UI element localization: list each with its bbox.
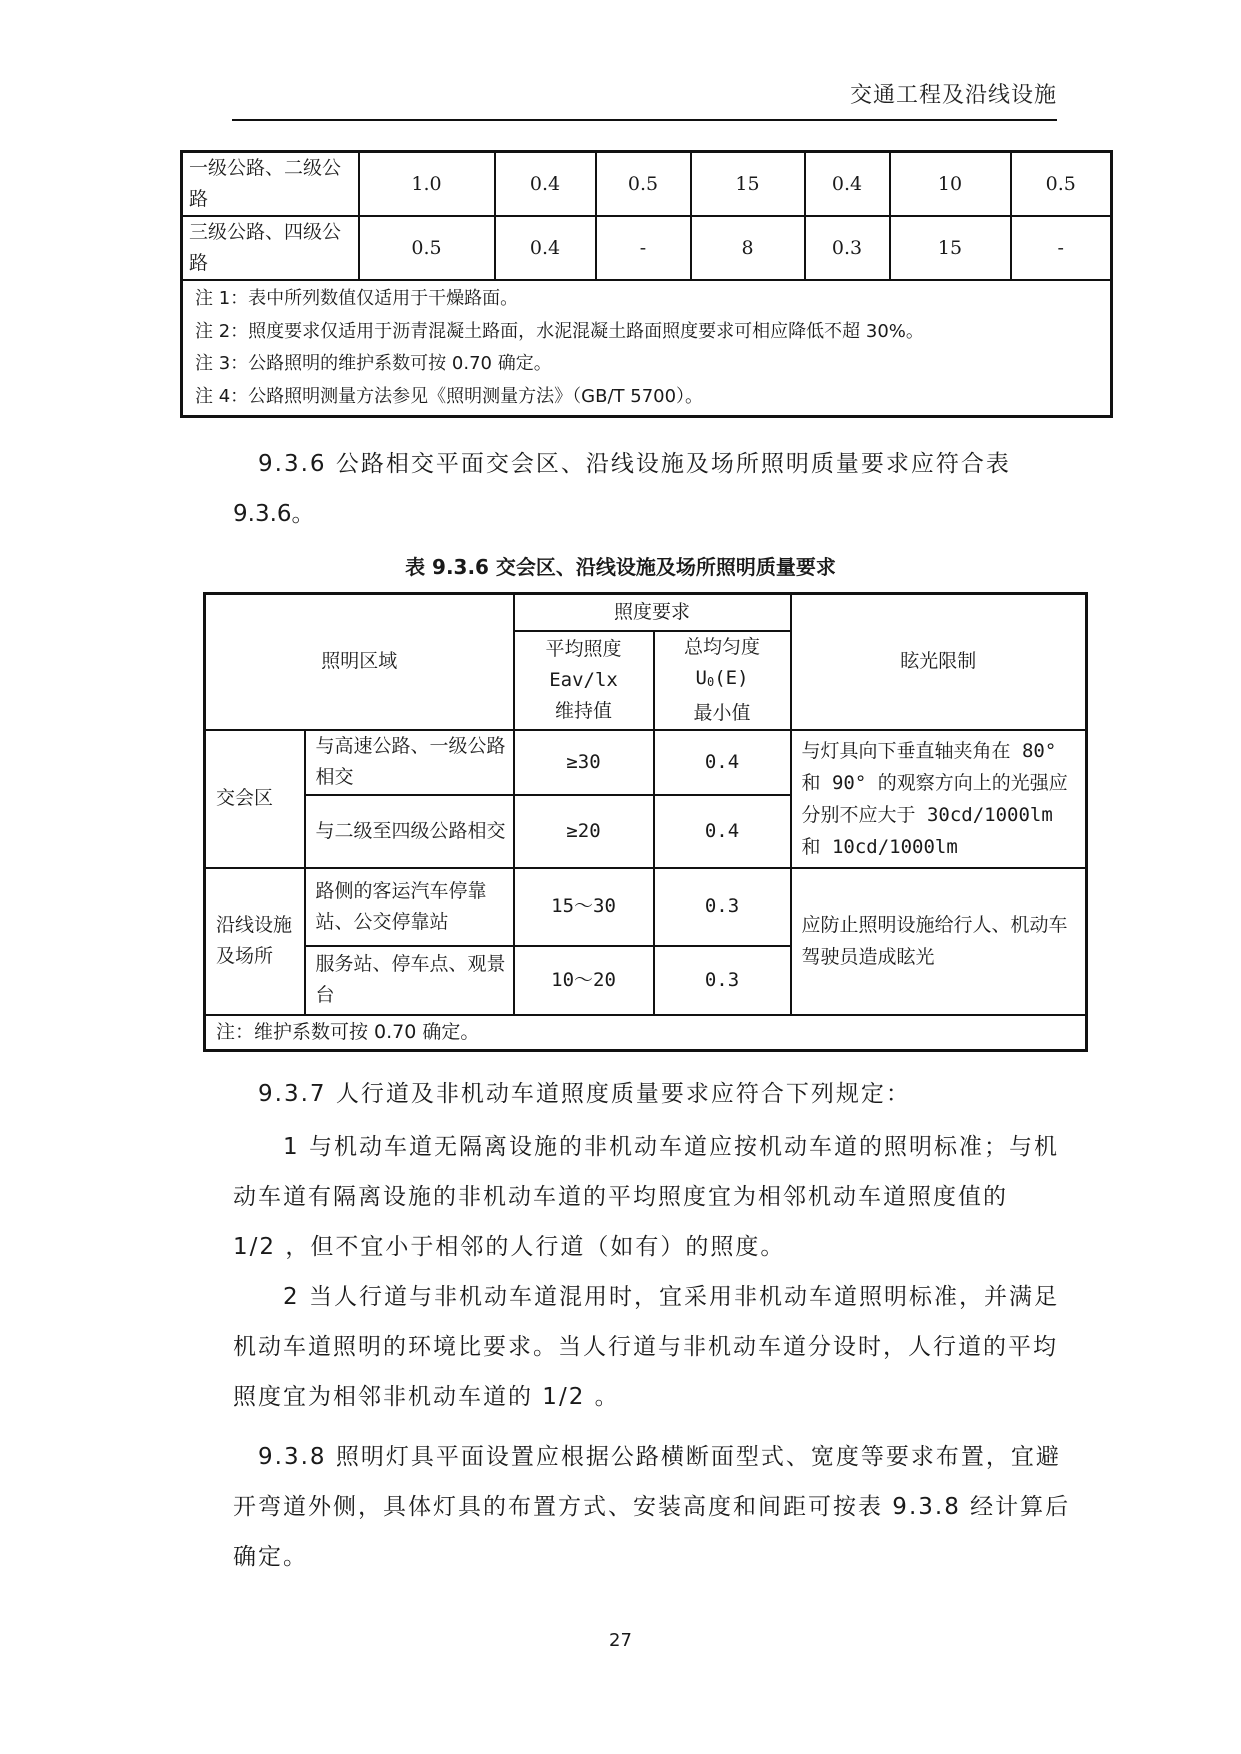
avg-illuminance: 10～20 <box>514 946 654 1015</box>
clause-9-3-7-item2-line2: 机动车道照明的环境比要求。当人行道与非机动车道分设时，人行道的平均 <box>233 1328 1058 1361</box>
page-number: 27 <box>0 1630 1241 1651</box>
table-cell: 0.4 <box>805 152 890 217</box>
uniformity: 0.4 <box>654 730 791 795</box>
header-text: 平均照度 <box>521 634 647 665</box>
clause-9-3-8-line2: 开弯道外侧，具体灯具的布置方式、安装高度和间距可按表 9.3.8 经计算后 <box>233 1488 1070 1521</box>
table-cell: 0.5 <box>1011 152 1112 217</box>
table-cell: - <box>1011 216 1112 280</box>
table-row: 一级公路、二级公路 1.0 0.4 0.5 15 0.4 10 0.5 <box>182 152 1112 217</box>
header-average-illuminance: 平均照度 Eav/lx 维持值 <box>514 631 654 730</box>
lighting-standard-table-continued: 一级公路、二级公路 1.0 0.4 0.5 15 0.4 10 0.5 三级公路… <box>180 150 1113 418</box>
header-text: U <box>696 667 707 689</box>
table-header-row: 照明区域 照度要求 眩光限制 <box>205 594 1087 631</box>
header-text: 最小值 <box>661 698 784 729</box>
junction-lighting-quality-table: 照明区域 照度要求 眩光限制 平均照度 Eav/lx 维持值 总均匀度 U0(E… <box>203 592 1088 1052</box>
table-cell: 0.3 <box>805 216 890 280</box>
avg-illuminance: ≥30 <box>514 730 654 795</box>
table-cell: 1.0 <box>359 152 495 217</box>
uniformity: 0.3 <box>654 946 791 1015</box>
table-row: 三级公路、四级公路 0.5 0.4 - 8 0.3 15 - <box>182 216 1112 280</box>
clause-9-3-7-item1-line1: 1 与机动车道无隔离设施的非机动车道应按机动车道的照明标准；与机 <box>283 1128 1059 1161</box>
table-cell: 0.5 <box>596 152 691 217</box>
header-lighting-area: 照明区域 <box>205 594 514 730</box>
avg-illuminance: ≥20 <box>514 795 654 868</box>
row-label: 一级公路、二级公路 <box>182 152 359 217</box>
group-label: 交会区 <box>205 730 305 868</box>
table-cell: - <box>596 216 691 280</box>
clause-9-3-7-item2-line1: 2 当人行道与非机动车道混用时，宜采用非机动车道照明标准，并满足 <box>283 1278 1059 1311</box>
clause-9-3-6-line1: 9.3.6 公路相交平面交会区、沿线设施及场所照明质量要求应符合表 <box>258 445 1011 478</box>
clause-9-3-8-line1: 9.3.8 照明灯具平面设置应根据公路横断面型式、宽度等要求布置，宜避 <box>258 1438 1061 1471</box>
table-cell: 10 <box>890 152 1011 217</box>
header-illuminance-requirement: 照度要求 <box>514 594 791 631</box>
table-cell: 0.4 <box>495 216 596 280</box>
clause-9-3-7-heading: 9.3.7 人行道及非机动车道照度质量要求应符合下列规定： <box>258 1075 911 1108</box>
table-note-row: 注：维护系数可按 0.70 确定。 <box>205 1015 1087 1051</box>
table-note: 注 1：表中所列数值仅适用于干燥路面。 <box>195 283 1100 316</box>
table-cell: 0.4 <box>495 152 596 217</box>
group-label: 沿线设施及场所 <box>205 868 305 1015</box>
sub-area: 路侧的客运汽车停靠站、公交停靠站 <box>305 868 514 946</box>
running-header-title: 交通工程及沿线设施 <box>850 78 1057 109</box>
table-row: 交会区 与高速公路、一级公路相交 ≥30 0.4 与灯具向下垂直轴夹角在 80°… <box>205 730 1087 795</box>
header-glare-limit: 眩光限制 <box>791 594 1087 730</box>
table-notes: 注 1：表中所列数值仅适用于干燥路面。 注 2：照度要求仅适用于沥青混凝土路面，… <box>182 280 1112 417</box>
uniformity: 0.4 <box>654 795 791 868</box>
table-cell: 0.5 <box>359 216 495 280</box>
clause-9-3-8-line3: 确定。 <box>233 1538 308 1571</box>
table-row: 沿线设施及场所 路侧的客运汽车停靠站、公交停靠站 15～30 0.3 应防止照明… <box>205 868 1087 946</box>
header-rule <box>232 119 1057 121</box>
row-label: 三级公路、四级公路 <box>182 216 359 280</box>
table-caption: 表 9.3.6 交会区、沿线设施及场所照明质量要求 <box>0 551 1241 580</box>
uniformity: 0.3 <box>654 868 791 946</box>
table-note: 注 3：公路照明的维护系数可按 0.70 确定。 <box>195 348 1100 381</box>
glare-limit: 应防止照明设施给行人、机动车驾驶员造成眩光 <box>791 868 1087 1015</box>
glare-limit: 与灯具向下垂直轴夹角在 80° 和 90° 的观察方向上的光强应分别不应大于 3… <box>791 730 1087 868</box>
header-text: U0(E) <box>661 663 784 698</box>
table-cell: 15 <box>890 216 1011 280</box>
table-cell: 8 <box>691 216 805 280</box>
header-text: 总均匀度 <box>661 632 784 663</box>
clause-9-3-7-item2-line3: 照度宜为相邻非机动车道的 1/2 。 <box>233 1378 620 1411</box>
avg-illuminance: 15～30 <box>514 868 654 946</box>
header-text: 维持值 <box>521 696 647 727</box>
clause-9-3-7-item1-line2: 动车道有隔离设施的非机动车道的平均照度宜为相邻机动车道照度值的 <box>233 1178 1008 1211</box>
header-text: (E) <box>714 667 748 689</box>
table-notes-row: 注 1：表中所列数值仅适用于干燥路面。 注 2：照度要求仅适用于沥青混凝土路面，… <box>182 280 1112 417</box>
header-overall-uniformity: 总均匀度 U0(E) 最小值 <box>654 631 791 730</box>
sub-area: 与二级至四级公路相交 <box>305 795 514 868</box>
sub-area: 与高速公路、一级公路相交 <box>305 730 514 795</box>
table-note: 注 4：公路照明测量方法参见《照明测量方法》（GB/T 5700）。 <box>195 381 1100 414</box>
sub-area: 服务站、停车点、观景台 <box>305 946 514 1015</box>
header-text: Eav/lx <box>521 665 647 696</box>
table-note: 注 2：照度要求仅适用于沥青混凝土路面，水泥混凝土路面照度要求可相应降低不超 3… <box>195 316 1100 349</box>
table-cell: 15 <box>691 152 805 217</box>
clause-9-3-6-line2: 9.3.6。 <box>233 495 315 528</box>
table-note: 注：维护系数可按 0.70 确定。 <box>205 1015 1087 1051</box>
clause-9-3-7-item1-line3: 1/2 ，但不宜小于相邻的人行道（如有）的照度。 <box>233 1228 785 1261</box>
